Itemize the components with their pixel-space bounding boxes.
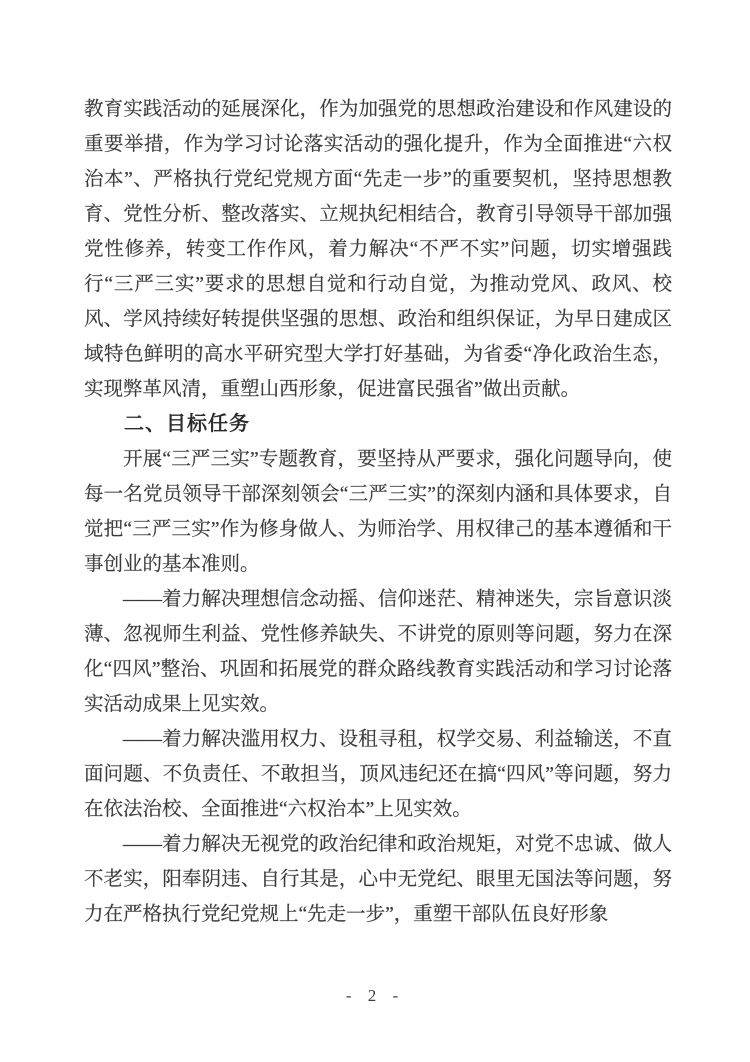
paragraph-continuation: 教育实践活动的延展深化，作为加强党的思想政治建设和作风建设的重要举措，作为学习讨… bbox=[84, 92, 672, 407]
paragraph-overview: 开展“三严三实”专题教育，要坚持从严要求，强化问题导向，使每一名党员领导干部深刻… bbox=[84, 442, 672, 582]
section-heading-goals: 二、目标任务 bbox=[84, 407, 672, 442]
paragraph-task-power-abuse: ——着力解决滥用权力、设租寻租，权学交易、利益输送，不直面问题、不负责任、不敢担… bbox=[84, 722, 672, 827]
paragraph-task-ideals: ——着力解决理想信念动摇、信仰迷茫、精神迷失，宗旨意识淡薄、忽视师生利益、党性修… bbox=[84, 582, 672, 722]
page-number: - 2 - bbox=[0, 986, 750, 1006]
document-page: 教育实践活动的延展深化，作为加强党的思想政治建设和作风建设的重要举措，作为学习讨… bbox=[84, 92, 672, 932]
paragraph-task-discipline: ——着力解决无视党的政治纪律和政治规矩，对党不忠诚、做人不老实，阳奉阴违、自行其… bbox=[84, 827, 672, 932]
